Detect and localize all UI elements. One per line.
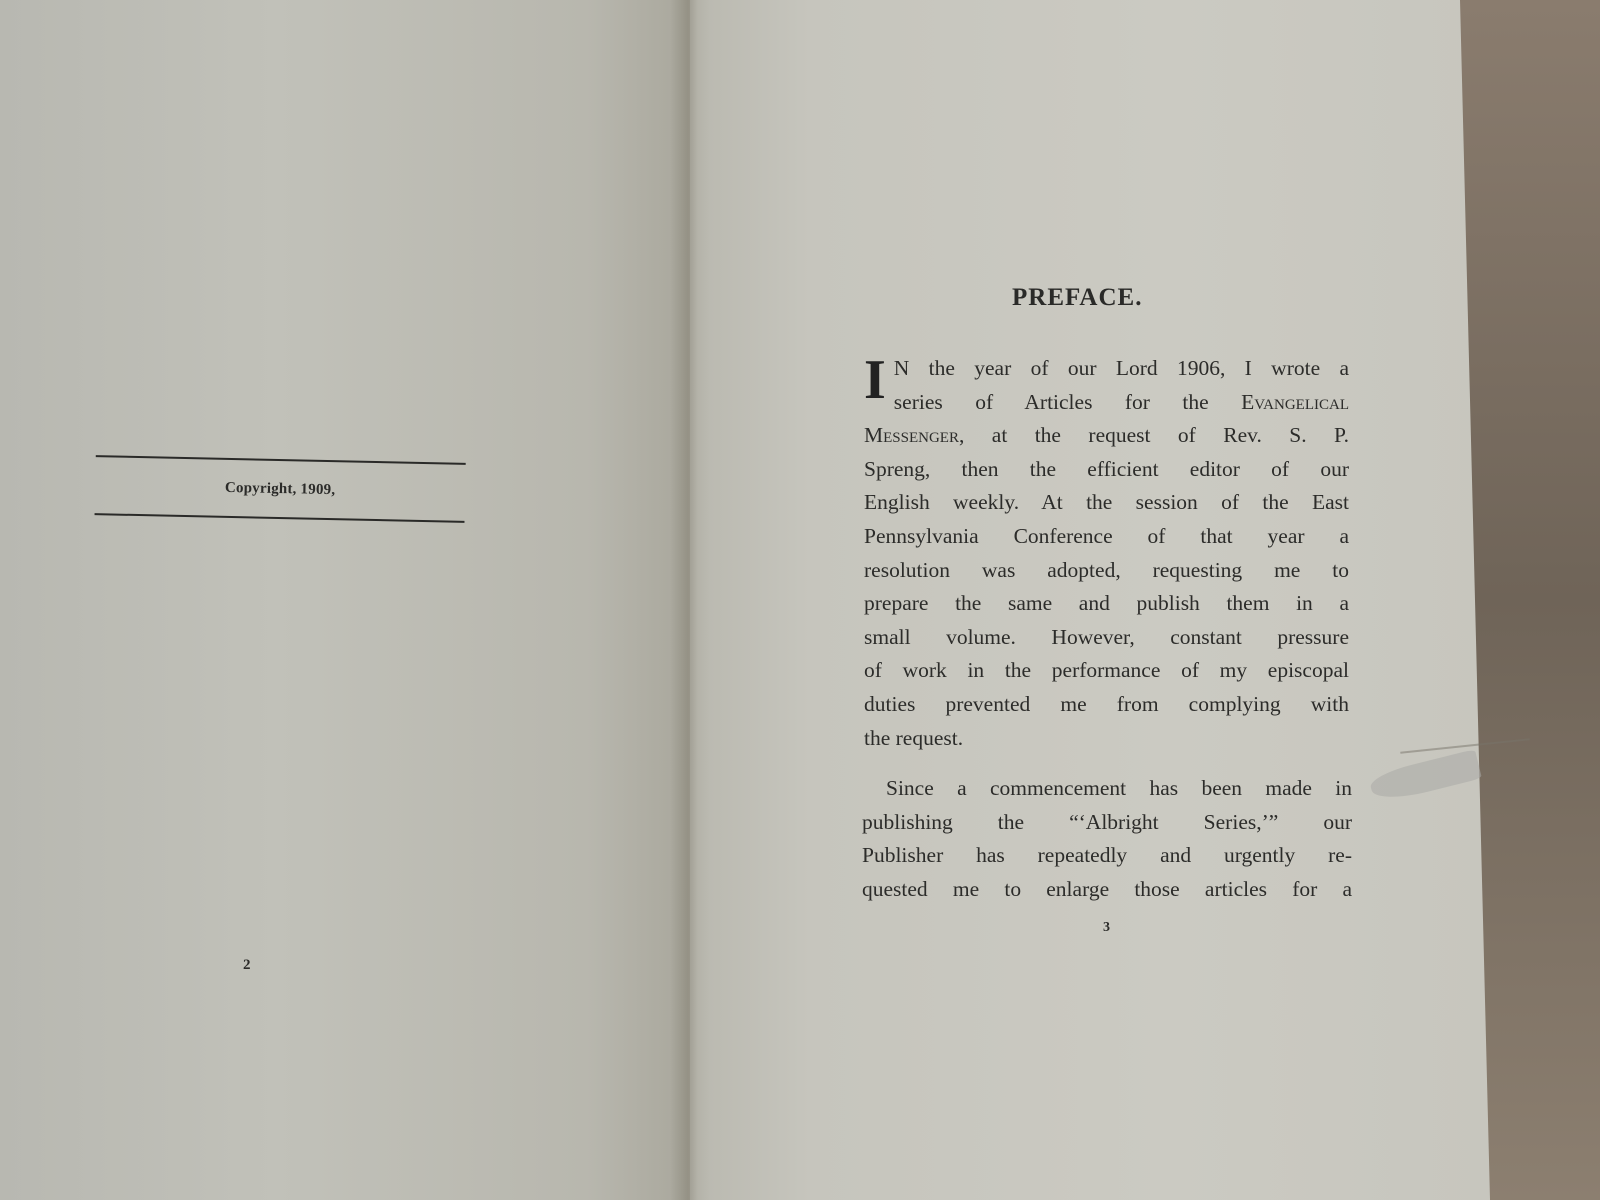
text-line: prepare the same and publish them in a (864, 587, 1349, 621)
text-line: Publisher has repeatedly and urgently re… (862, 837, 1352, 871)
preface-paragraph-2: Since a commencement has been made in pu… (862, 770, 1352, 904)
preface-paragraph-1: I N the year of our Lord 1906, I wrote a… (864, 352, 1349, 755)
text-line: Since a commencement has been made in (862, 770, 1352, 804)
text-line: English weekly. At the session of the Ea… (864, 486, 1349, 520)
text-line: small volume. However, constant pressure (864, 621, 1349, 655)
text-line: publishing the “‘Albright Series,’” our (862, 804, 1352, 838)
evangelical-smallcaps: Evangelical (1241, 390, 1349, 414)
text-line: quested me to enlarge those articles for… (862, 871, 1352, 905)
drop-cap: I (864, 358, 886, 402)
text-line: of work in the performance of my episcop… (864, 654, 1349, 688)
page-number-left: 2 (243, 957, 251, 974)
left-page: Copyright, 1909, 2 (0, 0, 690, 1200)
page-number-right: 3 (1103, 920, 1110, 936)
text-line: series of Articles for the Evangelical (864, 386, 1349, 420)
book-gutter (670, 0, 710, 1200)
text-line: resolution was adopted, requesting me to (864, 554, 1349, 588)
text-line: N the year of our Lord 1906, I wrote a (864, 352, 1349, 386)
copyright-block: Copyright, 1909, (94, 451, 466, 539)
messenger-smallcaps: Messenger (864, 423, 959, 447)
text-line: Pennsylvania Conference of that year a (864, 520, 1349, 554)
copyright-text: Copyright, 1909, (95, 477, 465, 502)
text-line: duties prevented me from complying with (864, 688, 1349, 722)
preface-title: PREFACE. (1012, 284, 1142, 312)
text-line: Messenger, at the request of Rev. S. P. (864, 419, 1349, 453)
bottom-rule (95, 513, 465, 523)
text-line: the request. (864, 722, 1349, 756)
text-line: Spreng, then the efficient editor of our (864, 453, 1349, 487)
top-rule (96, 455, 466, 465)
